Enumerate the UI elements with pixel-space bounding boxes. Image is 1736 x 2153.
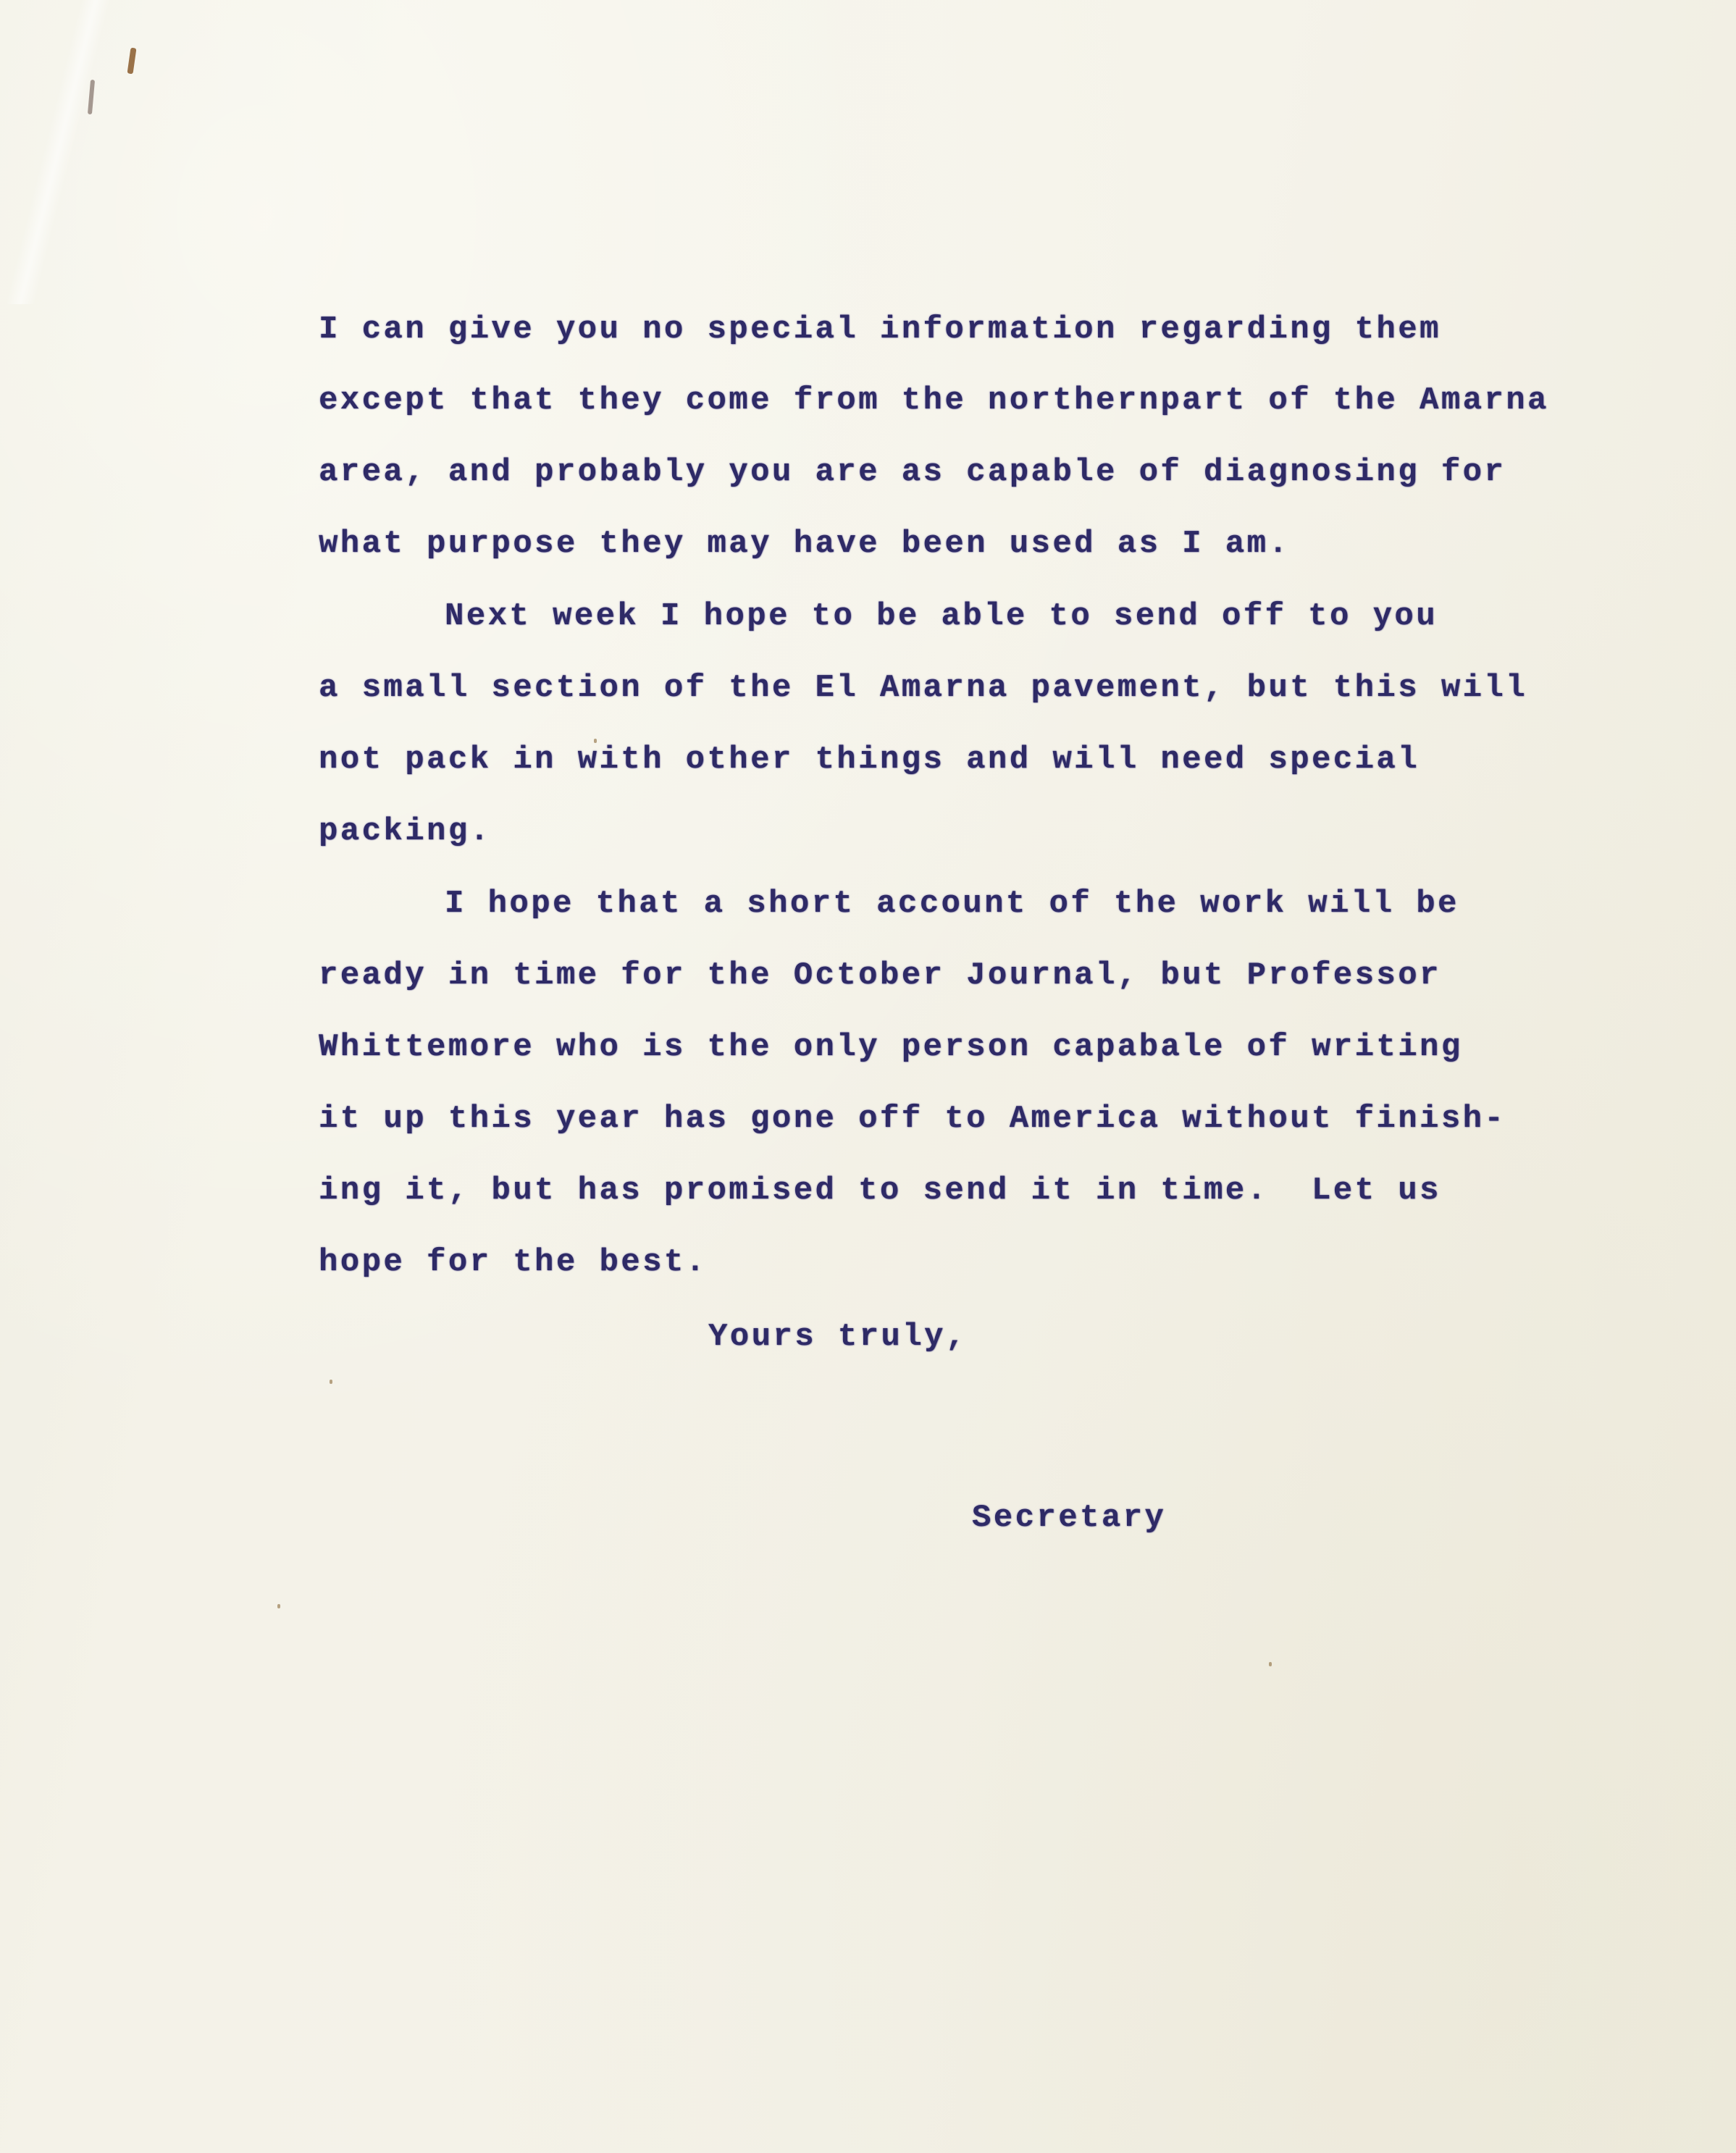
signature-title: Secretary: [972, 1502, 1166, 1534]
letter-line: a small section of the El Amarna pavemen…: [319, 672, 1527, 704]
letter-page: I can give you no special information re…: [0, 0, 1736, 2153]
letter-line: not pack in with other things and will n…: [319, 744, 1420, 776]
paper-speck: [277, 1604, 280, 1608]
letter-line: packing.: [319, 815, 491, 847]
rust-staple-mark: [127, 48, 137, 75]
letter-line: it up this year has gone off to America …: [319, 1103, 1506, 1135]
letter-line: ing it, but has promised to send it in t…: [319, 1175, 1441, 1206]
letter-line: except that they come from the northernp…: [319, 385, 1549, 416]
paper-speck: [1269, 1662, 1272, 1666]
rust-staple-mark: [88, 80, 95, 114]
letter-line: Next week I hope to be able to send off …: [445, 600, 1438, 632]
letter-line: I can give you no special information re…: [319, 314, 1441, 345]
paper-speck: [330, 1380, 332, 1384]
letter-closing: Yours truly,: [708, 1321, 968, 1353]
paper-fold-crease: [6, 0, 111, 304]
letter-line: hope for the best.: [319, 1246, 707, 1278]
letter-line: I hope that a short account of the work …: [445, 888, 1459, 920]
letter-line: area, and probably you are as capable of…: [319, 456, 1506, 488]
letter-line: Whittemore who is the only person capaba…: [319, 1031, 1463, 1063]
letter-line: ready in time for the October Journal, b…: [319, 960, 1441, 991]
letter-line: what purpose they may have been used as …: [319, 528, 1290, 560]
